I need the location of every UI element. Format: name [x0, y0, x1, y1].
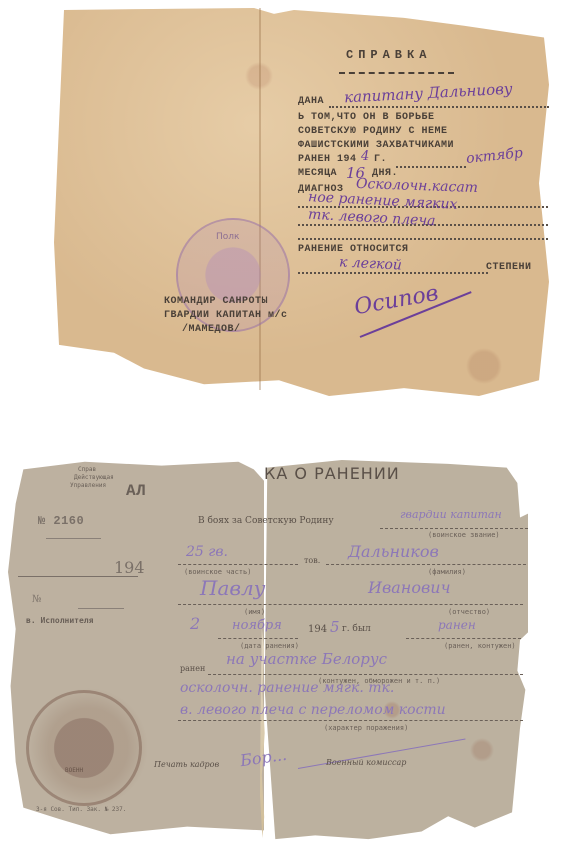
wound-type-handwritten: ранен: [438, 618, 476, 632]
field-caption: (ранен, контужен): [444, 642, 516, 650]
stamp-text: Полк: [216, 232, 239, 242]
year-suffix: г. был: [342, 624, 371, 634]
commander-rank: ГВАРДИИ КАПИТАН м/с: [164, 310, 288, 321]
field-caption: (дата ранения): [240, 642, 299, 650]
year-digit-handwritten: 4: [361, 149, 369, 164]
surname-handwritten: Дальников: [348, 542, 439, 561]
text-line: СОВЕТСКУЮ РОДИНУ С НЕМЕ: [298, 126, 448, 137]
severity-handwritten: к легкой: [339, 254, 403, 273]
rule: [78, 608, 124, 609]
year-printed: 194: [308, 624, 327, 635]
stub-header: Управления: [70, 482, 106, 489]
printer-footer: 3-я Сов. Тип. Зак. № 237.: [36, 806, 126, 813]
aged-paper: [54, 6, 554, 400]
diagnosis-handwritten: осколочн. ранение мягк. тк.: [180, 680, 394, 696]
diagnosis-handwritten: в. левого плеча с переломом кости: [180, 702, 446, 718]
fill-line: [396, 166, 466, 168]
field-caption: (фамилия): [428, 568, 466, 576]
field-label: ранен: [180, 664, 205, 673]
rule: [406, 638, 521, 639]
commander-name: /МАМЕДОВ/: [182, 324, 241, 335]
stub-header: Действующая: [74, 474, 114, 481]
text-line: Ь ТОМ,ЧТО ОН В БОРЬБЕ: [298, 112, 435, 123]
patronymic-handwritten: Иванович: [368, 578, 451, 597]
issued-label: ДАНА: [298, 96, 324, 107]
stub-extra-label: в. Исполнителя: [26, 616, 93, 625]
commander-title: КОМАНДИР САНРОТЫ: [164, 296, 268, 307]
location-handwritten: на участке Белорус: [226, 650, 387, 668]
stub-no-label: №: [32, 594, 41, 605]
wound-certificate-top: СПРАВКА ДАНА капитану Дальниову Ь ТОМ,ЧТ…: [54, 6, 554, 400]
rule: [326, 564, 526, 565]
stub-stamp-fragment: АЛ: [126, 482, 146, 500]
signature-title: Военный комиссар: [326, 758, 406, 767]
stub-header: Справ: [78, 466, 96, 473]
year-digit-handwritten: 5: [330, 618, 340, 636]
field-caption: (воинское звание): [428, 531, 500, 539]
severity-label: РАНЕНИЕ ОТНОСИТСЯ: [298, 244, 409, 255]
day-label: МЕСЯЦА: [298, 168, 337, 179]
rank-handwritten: гвардии капитан: [400, 508, 502, 521]
stub-date: 194: [114, 558, 145, 577]
field-caption: (имя): [244, 608, 265, 616]
wound-certificate-bottom: Справ Действующая Управления АЛ № 2160 1…: [8, 458, 528, 843]
stub-number: № 2160: [38, 514, 84, 528]
rule: [208, 674, 523, 675]
field-label: В боях за Советскую Родину: [198, 516, 334, 526]
fill-line: [298, 238, 548, 240]
field-caption: (характер поражения): [324, 724, 408, 732]
rule: [178, 604, 523, 605]
field-caption: (воинское часть): [184, 568, 251, 576]
rule: [178, 564, 298, 565]
rule: [46, 538, 101, 539]
year-suffix: Г.: [374, 154, 387, 165]
title-underline: [339, 72, 454, 74]
signature-label: Печать кадров: [154, 760, 219, 769]
rule: [218, 638, 298, 639]
rule: [380, 528, 528, 529]
wound-day-handwritten: 2: [190, 614, 200, 633]
military-stamp: ВОЕНН: [26, 690, 142, 806]
doc-title: КА О РАНЕНИИ: [264, 464, 400, 483]
rule: [178, 720, 523, 721]
fill-line: [329, 106, 549, 108]
doc-title: СПРАВКА: [346, 48, 431, 62]
stamp-inner-text: ВОЕНН: [65, 767, 83, 774]
unit-handwritten: 25 гв.: [186, 544, 228, 560]
first-name-handwritten: Павлу: [200, 576, 265, 600]
paper-fold: [259, 8, 261, 390]
field-label: тов.: [304, 556, 320, 565]
text-line: ФАШИСТСКИМИ ЗАХВАТЧИКАМИ: [298, 140, 454, 151]
field-caption: (отчество): [448, 608, 490, 616]
severity-suffix: СТЕПЕНИ: [486, 262, 532, 273]
wound-month-handwritten: ноября: [232, 618, 282, 633]
